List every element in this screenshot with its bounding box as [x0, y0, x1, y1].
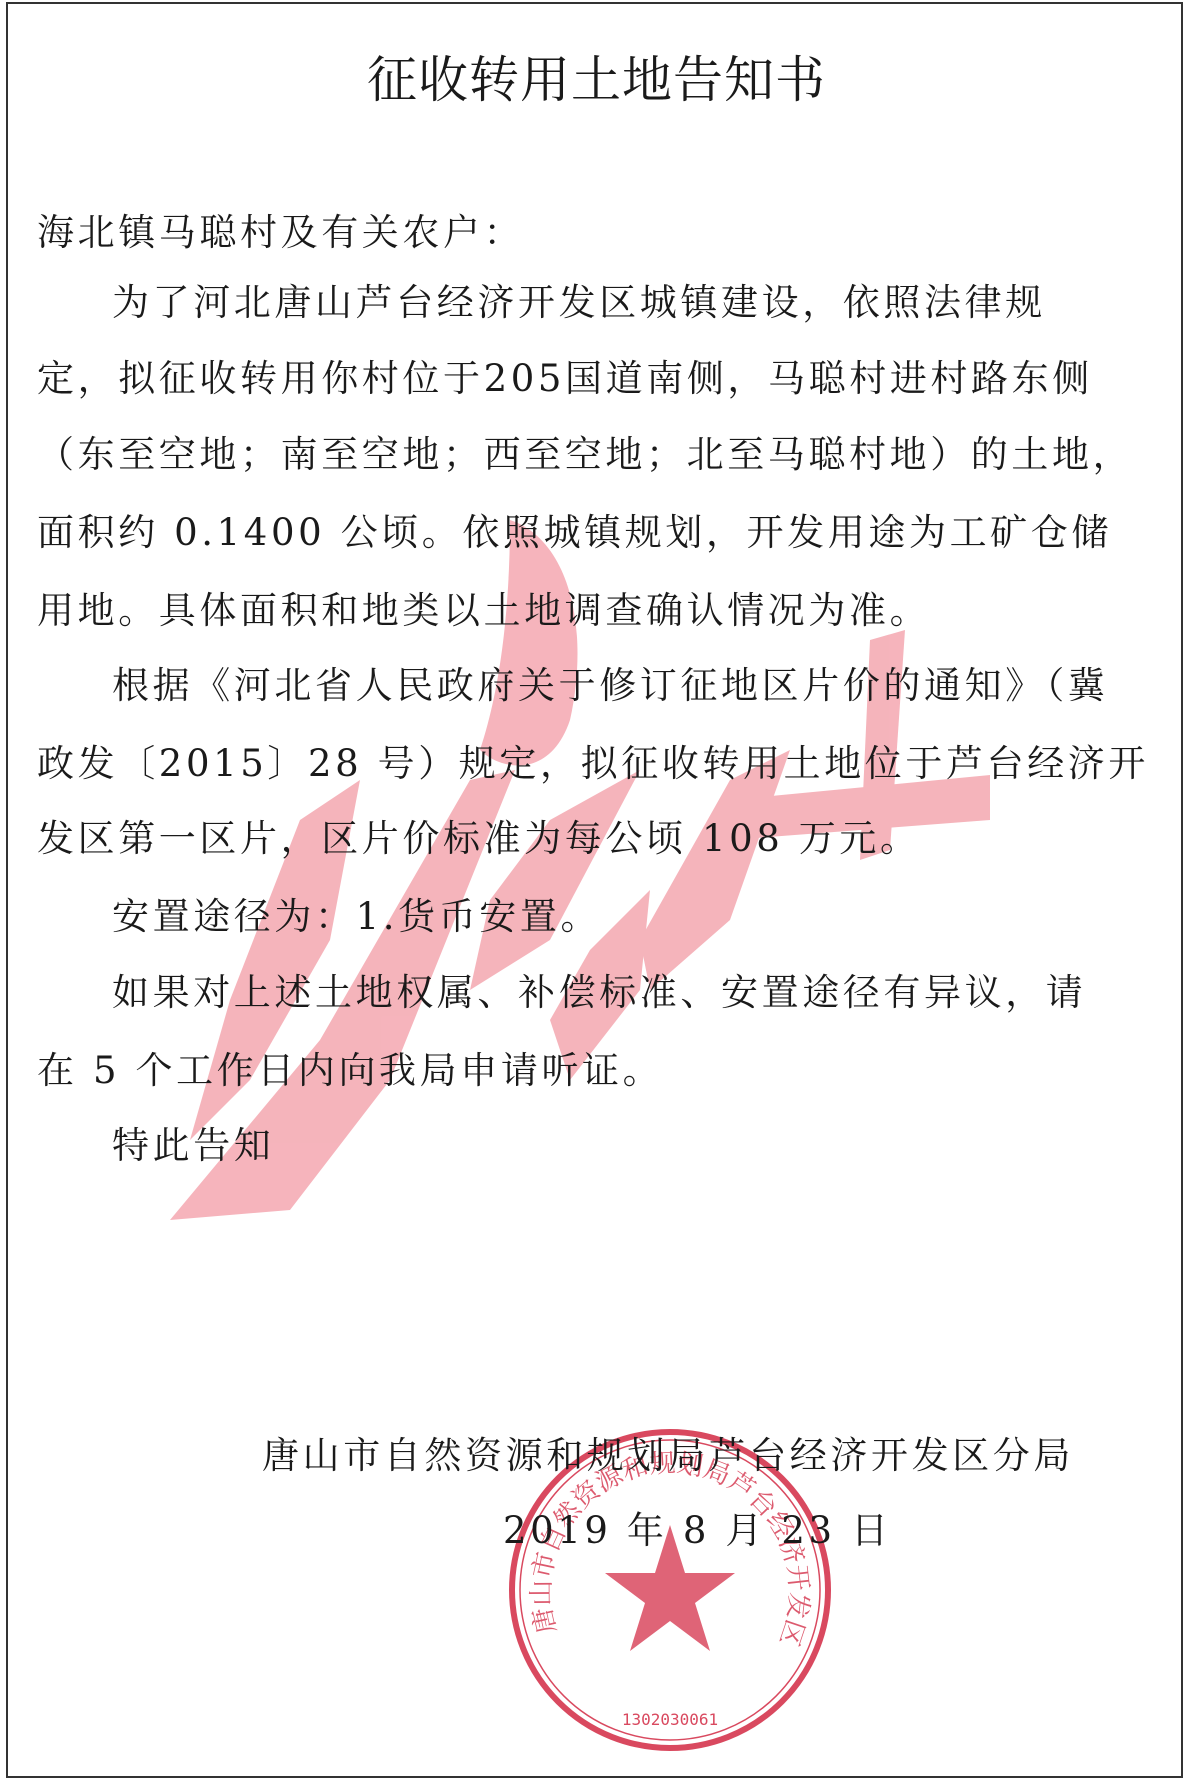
paragraph-line: 用地。具体面积和地类以土地调查确认情况为准。	[37, 580, 930, 634]
paragraph-line: （东至空地；南至空地；西至空地；北至马聪村地）的土地，	[37, 424, 1133, 478]
signature-date: 2019 年 8 月 23 日	[503, 1500, 892, 1554]
document-title: 征收转用土地告知书	[0, 40, 1193, 112]
paragraph-line: 定，拟征收转用你村位于205国道南侧，马聪村进村路东侧	[37, 348, 1093, 402]
closing-line: 特此告知	[112, 1115, 274, 1169]
paragraph-line: 面积约 0.1400 公顷。依照城镇规划，开发用途为工矿仓储	[37, 502, 1112, 556]
paragraph-line: 如果对上述土地权属、补偿标准、安置途径有异议，请	[112, 962, 1086, 1016]
paragraph-line: 在 5 个工作日内向我局申请听证。	[37, 1040, 663, 1094]
signature-organization: 唐山市自然资源和规划局芦台经济开发区分局	[262, 1425, 1074, 1479]
paragraph-line: 政发〔2015〕28 号）规定，拟征收转用土地位于芦台经济开	[37, 733, 1149, 787]
paragraph-line: 根据《河北省人民政府关于修订征地区片价的通知》（冀	[112, 655, 1109, 709]
paragraph-line: 安置途径为：1.货币安置。	[112, 886, 601, 940]
paragraph-line: 为了河北唐山芦台经济开发区城镇建设，依照法律规	[112, 272, 1046, 326]
paragraph-line: 发区第一区片，区片价标准为每公顷 108 万元。	[37, 808, 921, 862]
addressee: 海北镇马聪村及有关农户：	[37, 202, 524, 256]
